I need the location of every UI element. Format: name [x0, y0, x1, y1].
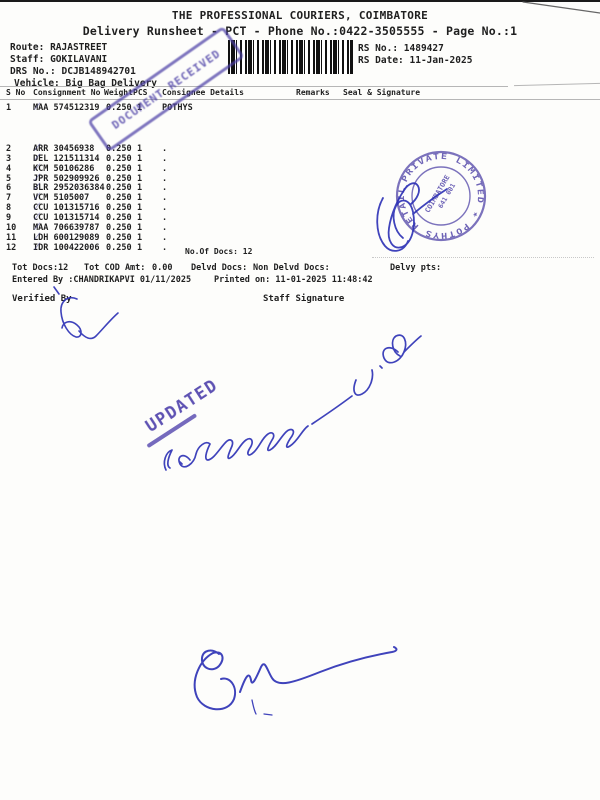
row-pcs: 1 — [137, 243, 142, 253]
row-weight: 0.250 — [106, 243, 132, 253]
rs-no-label: RS No.: — [358, 43, 398, 54]
table-top-rule-skew — [514, 83, 600, 86]
consignment-number: MAA 574512319 — [33, 103, 100, 113]
row-sno: 3 — [6, 154, 11, 164]
row-weight: 0.250 — [106, 193, 132, 203]
row-sno: 10 — [6, 223, 16, 233]
staff-label: Staff: — [10, 54, 44, 65]
consignment-number: DEL 121511314 — [33, 154, 100, 164]
row-sno: 12 — [6, 243, 16, 253]
row-consignee: . — [162, 193, 167, 203]
bottom-signature — [195, 647, 397, 715]
consignment-number: ARR 30456938 — [33, 144, 94, 154]
row-pcs: 1 — [137, 164, 142, 174]
row-weight: 0.250 — [106, 203, 132, 213]
row-consignee: . — [162, 203, 167, 213]
row-consignee: . — [162, 154, 167, 164]
row-pcs: 1 — [137, 233, 142, 243]
tot-cod-value: 0.00 — [152, 264, 172, 273]
route-label: Route: — [10, 42, 44, 53]
consignment-number: CCU 101315716 — [33, 203, 100, 213]
row-sno: 1 — [6, 103, 11, 113]
tot-docs-value: 12 — [58, 264, 68, 273]
delvd-docs-label: Delvd Docs: — [191, 264, 247, 273]
svg-text:PRIVATE LIMITED ★ POTHYS RETAI: PRIVATE LIMITED ★ POTHYS RETAIL — [393, 148, 489, 244]
table-row: 11 LDH 600129089 0.250 1 . — [0, 233, 600, 243]
no-of-docs: No.Of Docs: 12 — [185, 248, 252, 256]
row-weight: 0.250 — [106, 213, 132, 223]
rs-no-line: RS No.: 1489427 — [358, 44, 444, 54]
company-title: THE PROFESSIONAL COURIERS, COIMBATORE — [0, 10, 600, 21]
row-sno: 6 — [6, 183, 11, 193]
row-pcs: 1 — [137, 193, 142, 203]
delivery-runsheet-document: THE PROFESSIONAL COURIERS, COIMBATORE De… — [0, 0, 600, 800]
row-consignee: . — [162, 183, 167, 193]
consignment-number: KCM 50106286 — [33, 164, 94, 174]
verified-by-label: Verified By — [12, 295, 72, 304]
round-stamp-ring-text: PRIVATE LIMITED ★ POTHYS RETAIL — [393, 148, 489, 244]
tot-docs-label: Tot Docs: — [12, 264, 58, 273]
table-row: 6 BLR 2952036384 0.250 1 . — [0, 183, 600, 193]
row-consignee: . — [162, 164, 167, 174]
row-sno: 4 — [6, 164, 11, 174]
table-header-rule — [0, 99, 600, 100]
row-consignee: . — [162, 144, 167, 154]
updated-stamp-text: UPDATED — [142, 355, 254, 437]
row-sno: 11 — [6, 233, 16, 243]
consignment-number: CCU 101315714 — [33, 213, 100, 223]
table-row: 4 KCM 50106286 0.250 1 . — [0, 164, 600, 174]
row-pcs: 1 — [137, 144, 142, 154]
row-weight: 0.250 — [106, 164, 132, 174]
row-consignment: IDR 100422006 — [33, 243, 39, 253]
row-pcs: 1 — [137, 213, 142, 223]
route-line: Route: RAJASTREET — [10, 43, 107, 53]
table-row: 8 CCU 101315716 0.250 1 . — [0, 203, 600, 213]
rs-date-line: RS Date: 11-Jan-2025 — [358, 56, 472, 66]
drs-label: DRS No.: — [10, 66, 56, 77]
row-sno: 7 — [6, 193, 11, 203]
consignment-number: MAA 706639787 — [33, 223, 100, 233]
scan-edge-artifact — [0, 0, 600, 2]
row-weight: 0.250 — [106, 233, 132, 243]
table-row: 7 VCM 5105007 0.250 1 . — [0, 193, 600, 203]
rs-date-value: 11-Jan-2025 — [410, 55, 473, 66]
consignment-number: IDR 100422006 — [33, 243, 100, 253]
table-row: 3 DEL 121511314 0.250 1 . — [0, 154, 600, 164]
table-row: 2 ARR 30456938 0.250 1 . — [0, 144, 600, 154]
table-top-rule — [0, 86, 508, 87]
delvy-pts-label: Delvy pts: — [390, 264, 441, 273]
row-consignee: . — [162, 223, 167, 233]
entered-by-line: Entered By :CHANDRIKAPVI 01/11/2025 — [12, 276, 191, 285]
consignment-number: BLR 2952036384 — [33, 183, 105, 193]
header-sno: S No — [6, 89, 25, 97]
table-row: 9 CCU 101315714 0.250 1 . — [0, 213, 600, 223]
row-pcs: 1 — [137, 223, 142, 233]
pothys-round-seal-stamp: PRIVATE LIMITED ★ POTHYS RETAIL COIMBATO… — [393, 148, 489, 244]
seal-column-dotted-line — [372, 257, 594, 258]
header-consignment: Consignment No — [33, 89, 100, 97]
table-row: 10 MAA 706639787 0.250 1 . — [0, 223, 600, 233]
route-value: RAJASTREET — [50, 42, 107, 53]
updated-stamp: UPDATED — [142, 355, 266, 456]
non-delvd-docs-label: Non Delvd Docs: — [253, 264, 330, 273]
runsheet-subtitle: Delivery Runsheet - PCT - Phone No.:0422… — [0, 26, 600, 38]
row-weight: 0.250 — [106, 223, 132, 233]
row-consignment: MAA 574512319 — [33, 103, 39, 113]
row-pcs: 1 — [137, 203, 142, 213]
rs-no-value: 1489427 — [404, 43, 444, 54]
row-sno: 8 — [6, 203, 11, 213]
table-row: 12 IDR 100422006 0.250 1 . — [0, 243, 600, 253]
staff-value: GOKILAVANI — [50, 54, 107, 65]
row-sno: 9 — [6, 213, 11, 223]
drs-value: DCJB148942701 — [62, 66, 136, 77]
row-consignee: . — [162, 243, 167, 253]
rs-date-label: RS Date: — [358, 55, 404, 66]
staff-line: Staff: GOKILAVANI — [10, 55, 107, 65]
row-consignee: . — [162, 213, 167, 223]
table-row: 1 MAA 574512319 0.250 1 POTHYS — [0, 103, 600, 113]
consignment-number: LDH 600129089 — [33, 233, 100, 243]
row-weight: 0.250 — [106, 154, 132, 164]
consignment-number: VCM 5105007 — [33, 193, 89, 203]
drs-line: DRS No.: DCJB148942701 — [10, 67, 136, 77]
tot-cod-label: Tot COD Amt: — [84, 264, 145, 273]
row-consignee: . — [162, 233, 167, 243]
runsheet-barcode — [228, 40, 353, 74]
row-pcs: 1 — [137, 183, 142, 193]
header-remarks: Remarks — [296, 89, 330, 97]
header-seal: Seal & Signature — [343, 89, 420, 97]
staff-signature-label: Staff Signature — [263, 295, 344, 304]
row-sno: 2 — [6, 144, 11, 154]
printed-on-line: Printed on: 11-01-2025 11:48:42 — [214, 276, 373, 285]
row-weight: 0.250 — [106, 183, 132, 193]
row-pcs: 1 — [137, 154, 142, 164]
